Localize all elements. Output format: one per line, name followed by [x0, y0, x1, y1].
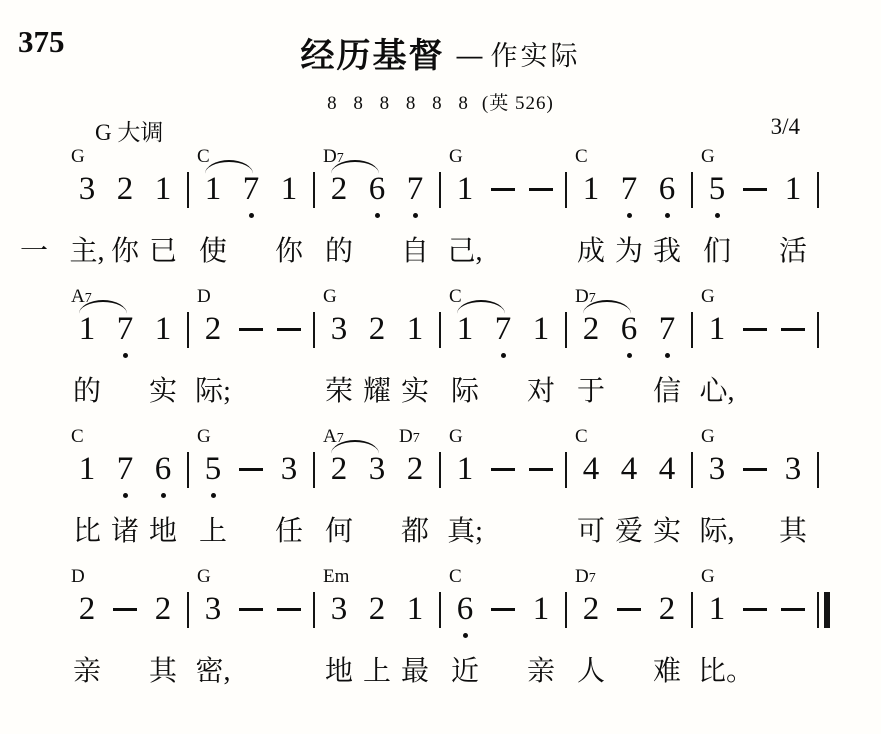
lyric-syllable: 活: [774, 236, 812, 268]
lyric-syllable: 实: [144, 376, 182, 408]
chord-label: Em: [323, 567, 349, 587]
chord-label: G: [449, 427, 463, 447]
note-cell: C1: [572, 172, 610, 208]
lyric-syllable: 主,: [68, 236, 106, 268]
chord-label: G: [197, 427, 211, 447]
final-bar-thin: [817, 592, 819, 628]
held-note-dash-cell: [484, 452, 522, 488]
note-cell: C1: [68, 452, 106, 488]
lyric-syllable: 信: [648, 376, 686, 408]
note-cell: G5: [698, 172, 736, 208]
chord-label: D: [71, 567, 85, 587]
lyric-syllable: 人: [572, 656, 610, 688]
note-digit: 2: [583, 311, 600, 347]
held-note-dash-cell: [522, 452, 560, 488]
time-signature: 3/4: [771, 114, 800, 140]
final-bar-thick: [824, 592, 830, 628]
lyric-syllable: 亲: [68, 656, 106, 688]
held-note-dash: [743, 608, 767, 611]
note-digit: 7: [621, 171, 638, 207]
music-notation-area: G321C171D7267G1C176G51主,你已使你的自己,成为我们活一A7…: [0, 146, 881, 706]
lyric-syllable: 密,: [194, 656, 232, 688]
lyric-syllable: 最: [396, 656, 434, 688]
lyric-syllable: 成: [572, 236, 610, 268]
lyric-syllable: 真;: [446, 516, 484, 548]
lyric-syllable: 其: [774, 516, 812, 548]
lyric-syllable: 其: [144, 656, 182, 688]
note-cell: 1: [396, 592, 434, 628]
held-note-dash-cell: [736, 172, 774, 208]
low-octave-dot: [413, 213, 418, 218]
lyric-syllable: 你: [106, 236, 144, 268]
note-cell: 1: [270, 172, 308, 208]
note-cell: 3: [270, 452, 308, 488]
note-digit: 1: [205, 171, 222, 207]
lyric-syllable: 可: [572, 516, 610, 548]
chord-label: D: [197, 287, 211, 307]
held-note-dash-cell: [774, 312, 812, 348]
held-note-dash: [113, 608, 137, 611]
note-digit: 6: [621, 311, 638, 347]
lyric-syllable: 实: [648, 516, 686, 548]
note-cell: C6: [446, 592, 484, 628]
held-note-dash: [239, 608, 263, 611]
chord-label: D7: [575, 567, 596, 589]
chord-label: G: [323, 287, 337, 307]
lyric-syllable: 地: [320, 656, 358, 688]
chord-label: G: [449, 147, 463, 167]
barline: [817, 312, 819, 348]
chord-label: C: [575, 147, 588, 167]
barline: [439, 312, 441, 348]
note-cell: 6: [610, 312, 648, 348]
chord-label: G: [701, 427, 715, 447]
note-digit: 7: [117, 451, 134, 487]
note-digit: 1: [709, 311, 726, 347]
hymn-sheet: 375 经历基督—作实际 8 8 8 8 8 8(英 526) G 大调 3/4…: [0, 0, 881, 734]
barline: [691, 172, 693, 208]
held-note-dash: [529, 188, 553, 191]
held-note-dash: [491, 468, 515, 471]
chord-label: C: [71, 427, 84, 447]
low-octave-dot: [665, 353, 670, 358]
note-cell: 7: [106, 312, 144, 348]
barline: [313, 452, 315, 488]
note-digit: 7: [243, 171, 260, 207]
note-cell: 7: [232, 172, 270, 208]
notation-row: C176G53A723D72G1C444G33: [0, 426, 881, 488]
note-digit: 2: [583, 591, 600, 627]
note-digit: 2: [369, 311, 386, 347]
note-digit: 7: [407, 171, 424, 207]
note-digit: 1: [155, 171, 172, 207]
note-digit: 4: [621, 451, 638, 487]
barline: [187, 172, 189, 208]
note-cell: D72: [572, 312, 610, 348]
chord-label: D7: [399, 427, 420, 449]
note-cell: 2: [358, 592, 396, 628]
music-line-group: G321C171D7267G1C176G51主,你已使你的自己,成为我们活一: [0, 146, 881, 286]
barline: [691, 452, 693, 488]
note-digit: 1: [407, 591, 424, 627]
notation-row: G321C171D7267G1C176G51: [0, 146, 881, 208]
barline: [439, 592, 441, 628]
title-row: 经历基督—作实际: [0, 28, 881, 77]
held-note-dash-cell: [484, 172, 522, 208]
held-note-dash-cell: [232, 592, 270, 628]
lyric-syllable: 为: [610, 236, 648, 268]
held-note-dash: [743, 188, 767, 191]
note-cell: 2: [358, 312, 396, 348]
note-cell: G1: [698, 592, 736, 628]
chord-label: G: [197, 567, 211, 587]
held-note-dash: [277, 328, 301, 331]
meter-row: 8 8 8 8 8 8(英 526): [0, 88, 881, 115]
chord-label: G: [701, 287, 715, 307]
note-cell: G5: [194, 452, 232, 488]
note-digit: 1: [457, 451, 474, 487]
note-cell: G1: [446, 172, 484, 208]
chord-label: G: [701, 147, 715, 167]
chord-label: G: [71, 147, 85, 167]
barline: [439, 452, 441, 488]
note-digit: 1: [457, 171, 474, 207]
note-cell: 1: [144, 172, 182, 208]
chord-label: C: [197, 147, 210, 167]
meter-numbers: 8 8 8 8 8 8: [327, 93, 474, 114]
note-cell: 2: [106, 172, 144, 208]
lyric-syllable: 耀: [358, 376, 396, 408]
note-digit: 2: [331, 171, 348, 207]
held-note-dash: [781, 608, 805, 611]
note-cell: G3: [68, 172, 106, 208]
lyrics-row: 比诸地上任何都真;可爱实际,其: [0, 516, 881, 550]
lyric-syllable: 自: [396, 236, 434, 268]
note-cell: G3: [698, 452, 736, 488]
note-cell: C4: [572, 452, 610, 488]
note-cell: D72: [572, 592, 610, 628]
lyric-syllable: 难: [648, 656, 686, 688]
low-octave-dot: [375, 213, 380, 218]
note-cell: 6: [144, 452, 182, 488]
chord-label: G: [701, 567, 715, 587]
note-digit: 4: [583, 451, 600, 487]
note-digit: 1: [79, 451, 96, 487]
held-note-dash-cell: [774, 592, 812, 628]
barline: [313, 172, 315, 208]
barline: [439, 172, 441, 208]
note-digit: 3: [369, 451, 386, 487]
note-cell: G3: [194, 592, 232, 628]
lyric-syllable: 比。: [698, 656, 736, 688]
lyric-syllable: 心,: [698, 376, 736, 408]
note-cell: 2: [144, 592, 182, 628]
note-cell: A72: [320, 452, 358, 488]
lyric-syllable: 际: [446, 376, 484, 408]
note-digit: 1: [281, 171, 298, 207]
lyric-syllable: 的: [68, 376, 106, 408]
verse-number: 一: [20, 236, 48, 268]
note-digit: 3: [331, 311, 348, 347]
lyric-syllable: 任: [270, 516, 308, 548]
lyric-syllable: 们: [698, 236, 736, 268]
barline: [565, 592, 567, 628]
hymn-subtitle: 作实际: [491, 41, 581, 71]
held-note-dash: [743, 468, 767, 471]
note-cell: 7: [648, 312, 686, 348]
note-digit: 5: [709, 171, 726, 207]
lyric-syllable: 亲: [522, 656, 560, 688]
note-digit: 3: [205, 591, 222, 627]
barline: [817, 172, 819, 208]
key-label: G 大调: [95, 114, 163, 147]
lyric-syllable: 对: [522, 376, 560, 408]
lyric-syllable: 的: [320, 236, 358, 268]
note-digit: 6: [155, 451, 172, 487]
held-note-dash: [781, 328, 805, 331]
note-digit: 7: [117, 311, 134, 347]
held-note-dash: [491, 188, 515, 191]
note-digit: 3: [709, 451, 726, 487]
hymn-title: 经历基督: [301, 37, 445, 75]
low-octave-dot: [249, 213, 254, 218]
held-note-dash-cell: [736, 592, 774, 628]
barline: [691, 592, 693, 628]
held-note-dash-cell: [232, 452, 270, 488]
note-digit: 3: [79, 171, 96, 207]
note-digit: 3: [281, 451, 298, 487]
note-digit: 2: [117, 171, 134, 207]
lyric-syllable: 近: [446, 656, 484, 688]
held-note-dash-cell: [106, 592, 144, 628]
note-digit: 6: [457, 591, 474, 627]
held-note-dash-cell: [270, 592, 308, 628]
lyric-syllable: 诸: [106, 516, 144, 548]
note-cell: Em3: [320, 592, 358, 628]
barline: [817, 452, 819, 488]
low-octave-dot: [627, 213, 632, 218]
note-digit: 1: [583, 171, 600, 207]
held-note-dash: [277, 608, 301, 611]
held-note-dash: [617, 608, 641, 611]
barline: [187, 312, 189, 348]
note-cell: A71: [68, 312, 106, 348]
lyrics-row: 亲其密,地上最近亲人难比。: [0, 656, 881, 690]
notation-row: D22G3Em321C61D722G1: [0, 566, 881, 628]
low-octave-dot: [161, 493, 166, 498]
held-note-dash-cell: [232, 312, 270, 348]
note-cell: D72: [396, 452, 434, 488]
barline: [313, 312, 315, 348]
note-digit: 4: [659, 451, 676, 487]
barline: [187, 592, 189, 628]
note-cell: 1: [522, 592, 560, 628]
low-octave-dot: [627, 353, 632, 358]
lyric-syllable: 已: [144, 236, 182, 268]
note-cell: 2: [648, 592, 686, 628]
held-note-dash-cell: [522, 172, 560, 208]
note-digit: 1: [79, 311, 96, 347]
held-note-dash: [743, 328, 767, 331]
note-cell: 1: [522, 312, 560, 348]
chord-label: C: [449, 287, 462, 307]
held-note-dash-cell: [610, 592, 648, 628]
lyric-syllable: 荣: [320, 376, 358, 408]
low-octave-dot: [501, 353, 506, 358]
held-note-dash: [239, 468, 263, 471]
note-cell: 6: [358, 172, 396, 208]
chord-seventh-label: 7: [413, 431, 420, 446]
note-cell: 7: [106, 452, 144, 488]
barline: [691, 312, 693, 348]
music-line-group: A7171D2G321C171D7267G1的实际;荣耀实际对于信心,: [0, 286, 881, 426]
barline: [313, 592, 315, 628]
note-digit: 5: [205, 451, 222, 487]
note-cell: 6: [648, 172, 686, 208]
note-digit: 1: [533, 311, 550, 347]
note-digit: 2: [407, 451, 424, 487]
lyrics-row: 的实际;荣耀实际对于信心,: [0, 376, 881, 410]
note-cell: G1: [446, 452, 484, 488]
note-digit: 2: [369, 591, 386, 627]
low-octave-dot: [123, 353, 128, 358]
lyric-syllable: 爱: [610, 516, 648, 548]
lyric-syllable: 际;: [194, 376, 232, 408]
note-digit: 7: [495, 311, 512, 347]
music-line-group: D22G3Em321C61D722G1亲其密,地上最近亲人难比。: [0, 566, 881, 706]
lyric-syllable: 何: [320, 516, 358, 548]
note-digit: 1: [709, 591, 726, 627]
held-note-dash: [239, 328, 263, 331]
chord-label: C: [449, 567, 462, 587]
music-line-group: C176G53A723D72G1C444G33比诸地上任何都真;可爱实际,其: [0, 426, 881, 566]
note-cell: 7: [610, 172, 648, 208]
barline: [565, 452, 567, 488]
note-cell: 1: [396, 312, 434, 348]
note-cell: 7: [484, 312, 522, 348]
note-digit: 2: [155, 591, 172, 627]
note-cell: 3: [774, 452, 812, 488]
lyric-syllable: 使: [194, 236, 232, 268]
note-digit: 1: [155, 311, 172, 347]
note-digit: 3: [331, 591, 348, 627]
note-digit: 1: [533, 591, 550, 627]
held-note-dash: [491, 608, 515, 611]
note-cell: 3: [358, 452, 396, 488]
note-digit: 1: [785, 171, 802, 207]
low-octave-dot: [211, 493, 216, 498]
note-cell: 1: [144, 312, 182, 348]
lyric-syllable: 都: [396, 516, 434, 548]
lyric-syllable: 你: [270, 236, 308, 268]
note-digit: 1: [407, 311, 424, 347]
lyric-syllable: 上: [194, 516, 232, 548]
note-cell: C1: [446, 312, 484, 348]
low-octave-dot: [715, 213, 720, 218]
title-separator: —: [457, 40, 483, 70]
final-double-barline: [817, 592, 830, 628]
note-cell: D72: [320, 172, 358, 208]
barline: [565, 312, 567, 348]
low-octave-dot: [123, 493, 128, 498]
note-digit: 2: [331, 451, 348, 487]
held-note-dash: [529, 468, 553, 471]
held-note-dash-cell: [484, 592, 522, 628]
note-digit: 1: [457, 311, 474, 347]
lyric-syllable: 际,: [698, 516, 736, 548]
low-octave-dot: [665, 213, 670, 218]
lyric-syllable: 于: [572, 376, 610, 408]
notation-row: A7171D2G321C171D7267G1: [0, 286, 881, 348]
lyric-syllable: 比: [68, 516, 106, 548]
note-digit: 2: [659, 591, 676, 627]
note-digit: 3: [785, 451, 802, 487]
note-cell: C1: [194, 172, 232, 208]
lyric-syllable: 上: [358, 656, 396, 688]
lyric-syllable: 我: [648, 236, 686, 268]
chord-label: C: [575, 427, 588, 447]
note-digit: 2: [205, 311, 222, 347]
note-cell: G1: [698, 312, 736, 348]
held-note-dash-cell: [736, 452, 774, 488]
lyric-syllable: 己,: [446, 236, 484, 268]
note-digit: 7: [659, 311, 676, 347]
note-digit: 6: [369, 171, 386, 207]
lyrics-row: 主,你已使你的自己,成为我们活一: [0, 236, 881, 270]
note-cell: 4: [610, 452, 648, 488]
note-digit: 6: [659, 171, 676, 207]
meter-reference: (英 526): [482, 93, 554, 114]
held-note-dash-cell: [270, 312, 308, 348]
lyric-syllable: 地: [144, 516, 182, 548]
held-note-dash-cell: [736, 312, 774, 348]
note-cell: D2: [194, 312, 232, 348]
lyric-syllable: 实: [396, 376, 434, 408]
barline: [565, 172, 567, 208]
note-cell: 7: [396, 172, 434, 208]
note-cell: 4: [648, 452, 686, 488]
note-cell: 1: [774, 172, 812, 208]
note-cell: D2: [68, 592, 106, 628]
low-octave-dot: [463, 633, 468, 638]
chord-seventh-label: 7: [589, 571, 596, 586]
note-cell: G3: [320, 312, 358, 348]
barline: [187, 452, 189, 488]
note-digit: 2: [79, 591, 96, 627]
